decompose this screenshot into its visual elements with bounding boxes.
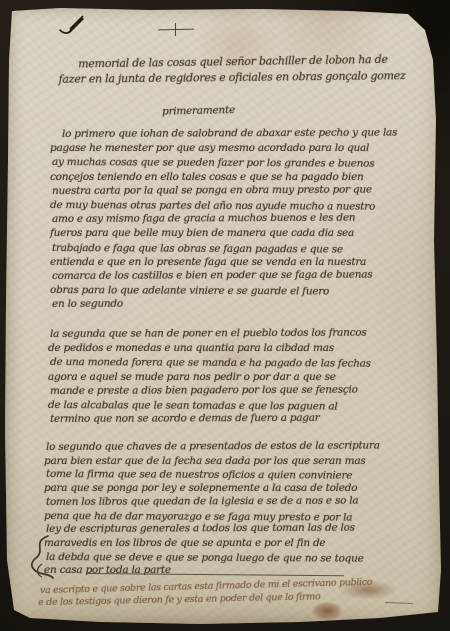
manuscript-line: en lo segundo xyxy=(52,296,422,312)
manuscript-line: amo e asy mismo faga de gracia a muchos … xyxy=(52,211,422,227)
manuscript-paragraph-2: la segunda que se han de poner en el pue… xyxy=(48,327,422,426)
manuscript-line: lo primero que iohan de salobrand de aba… xyxy=(62,125,422,141)
manuscript-line: tomen los libros que quedan de la iglesi… xyxy=(46,494,426,509)
manuscript-line: nuestra carta por la qual se ponga en ob… xyxy=(52,182,422,198)
manuscript-line: pagase he menester por que asy mesmo aco… xyxy=(50,141,422,155)
marginal-flourish-icon xyxy=(28,534,54,580)
manuscript-line: de pedidos e monedas e una quantia para … xyxy=(48,341,422,355)
manuscript-line: mande e preste a dios bien pagadero por … xyxy=(50,382,422,398)
section-heading: primeramente xyxy=(160,103,235,119)
manuscript-header: memorial de las cosas quel señor bachill… xyxy=(42,53,422,87)
manuscript-line: maravedis en los libros de que se apunta… xyxy=(44,537,426,551)
manuscript-line: fueros para que belle muy bien de manera… xyxy=(50,226,422,240)
manuscript-paragraph-3: lo segundo que chaves de a presentados d… xyxy=(44,441,426,578)
pen-check-mark-icon xyxy=(58,13,90,37)
manuscript-line: la segunda que se han de poner en el pue… xyxy=(50,325,422,341)
manuscript-line: ley de escripturas generales a todos los… xyxy=(46,522,426,537)
plus-mark-icon xyxy=(175,23,176,36)
subheader-text: primeramente xyxy=(162,103,235,119)
manuscript-line: comarca de los castillos e bien en poder… xyxy=(52,267,422,283)
manuscript-line: lo segundo que chaves de a presentados d… xyxy=(46,439,426,454)
manuscript-line: para bien estar que de la fecha sea dada… xyxy=(44,455,426,469)
manuscript-paragraph-1: lo primero que iohan de salobrand de aba… xyxy=(50,127,422,312)
manuscript-line: termino que non se acordo e demas de fue… xyxy=(50,411,422,427)
